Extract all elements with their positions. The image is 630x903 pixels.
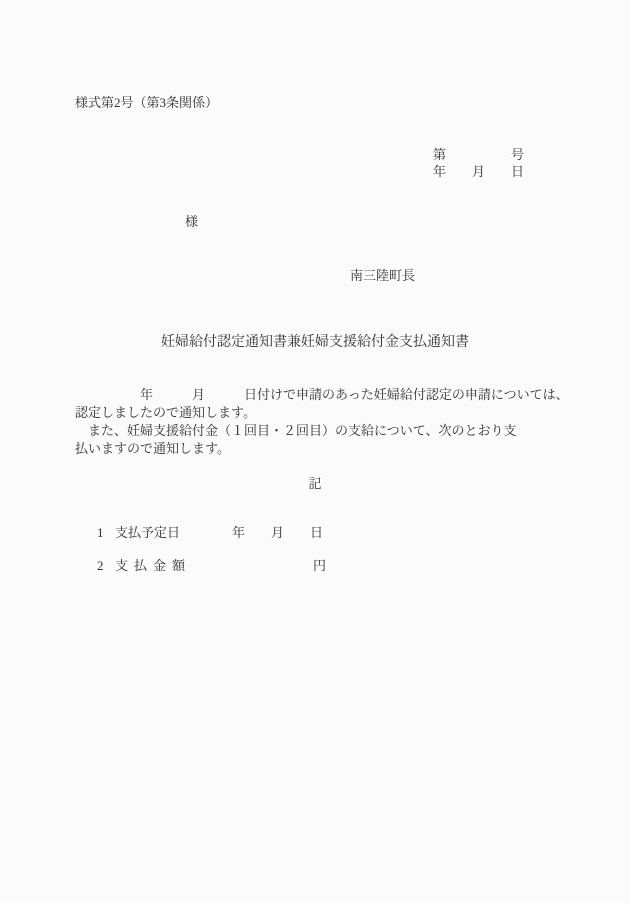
recipient-honorific: 様 xyxy=(185,214,198,230)
record-marker: 記 xyxy=(0,476,630,492)
list-item-payment-date: 1 支払予定日 年 月 日 xyxy=(0,525,630,541)
body-text: 年 月 日付けで申請のあった妊婦給付認定の申請については、 認定しましたので通知… xyxy=(75,386,569,458)
item-label-payment-date: 支払予定日 xyxy=(115,525,180,541)
list-item-payment-amount: 2 支払金額 円 xyxy=(0,558,630,574)
document-page: 様式第2号（第3条関係） 第 号 年 月 日 様 南三陸町長 妊婦給付認定通知書… xyxy=(0,0,630,903)
item-number: 2 xyxy=(97,558,104,574)
sender-name: 南三陸町長 xyxy=(350,268,415,284)
item-number: 1 xyxy=(97,525,104,541)
document-title: 妊婦給付認定通知書兼妊婦支援給付金支払通知書 xyxy=(0,335,630,351)
form-number-label: 様式第2号（第3条関係） xyxy=(75,95,218,111)
item-value-payment-date: 年 月 日 xyxy=(232,525,323,541)
issue-date-line: 年 月 日 xyxy=(433,164,524,180)
item-label-payment-amount: 支払金額 xyxy=(115,558,191,574)
item-value-payment-amount: 円 xyxy=(313,558,326,574)
document-number-line: 第 号 xyxy=(433,147,524,163)
